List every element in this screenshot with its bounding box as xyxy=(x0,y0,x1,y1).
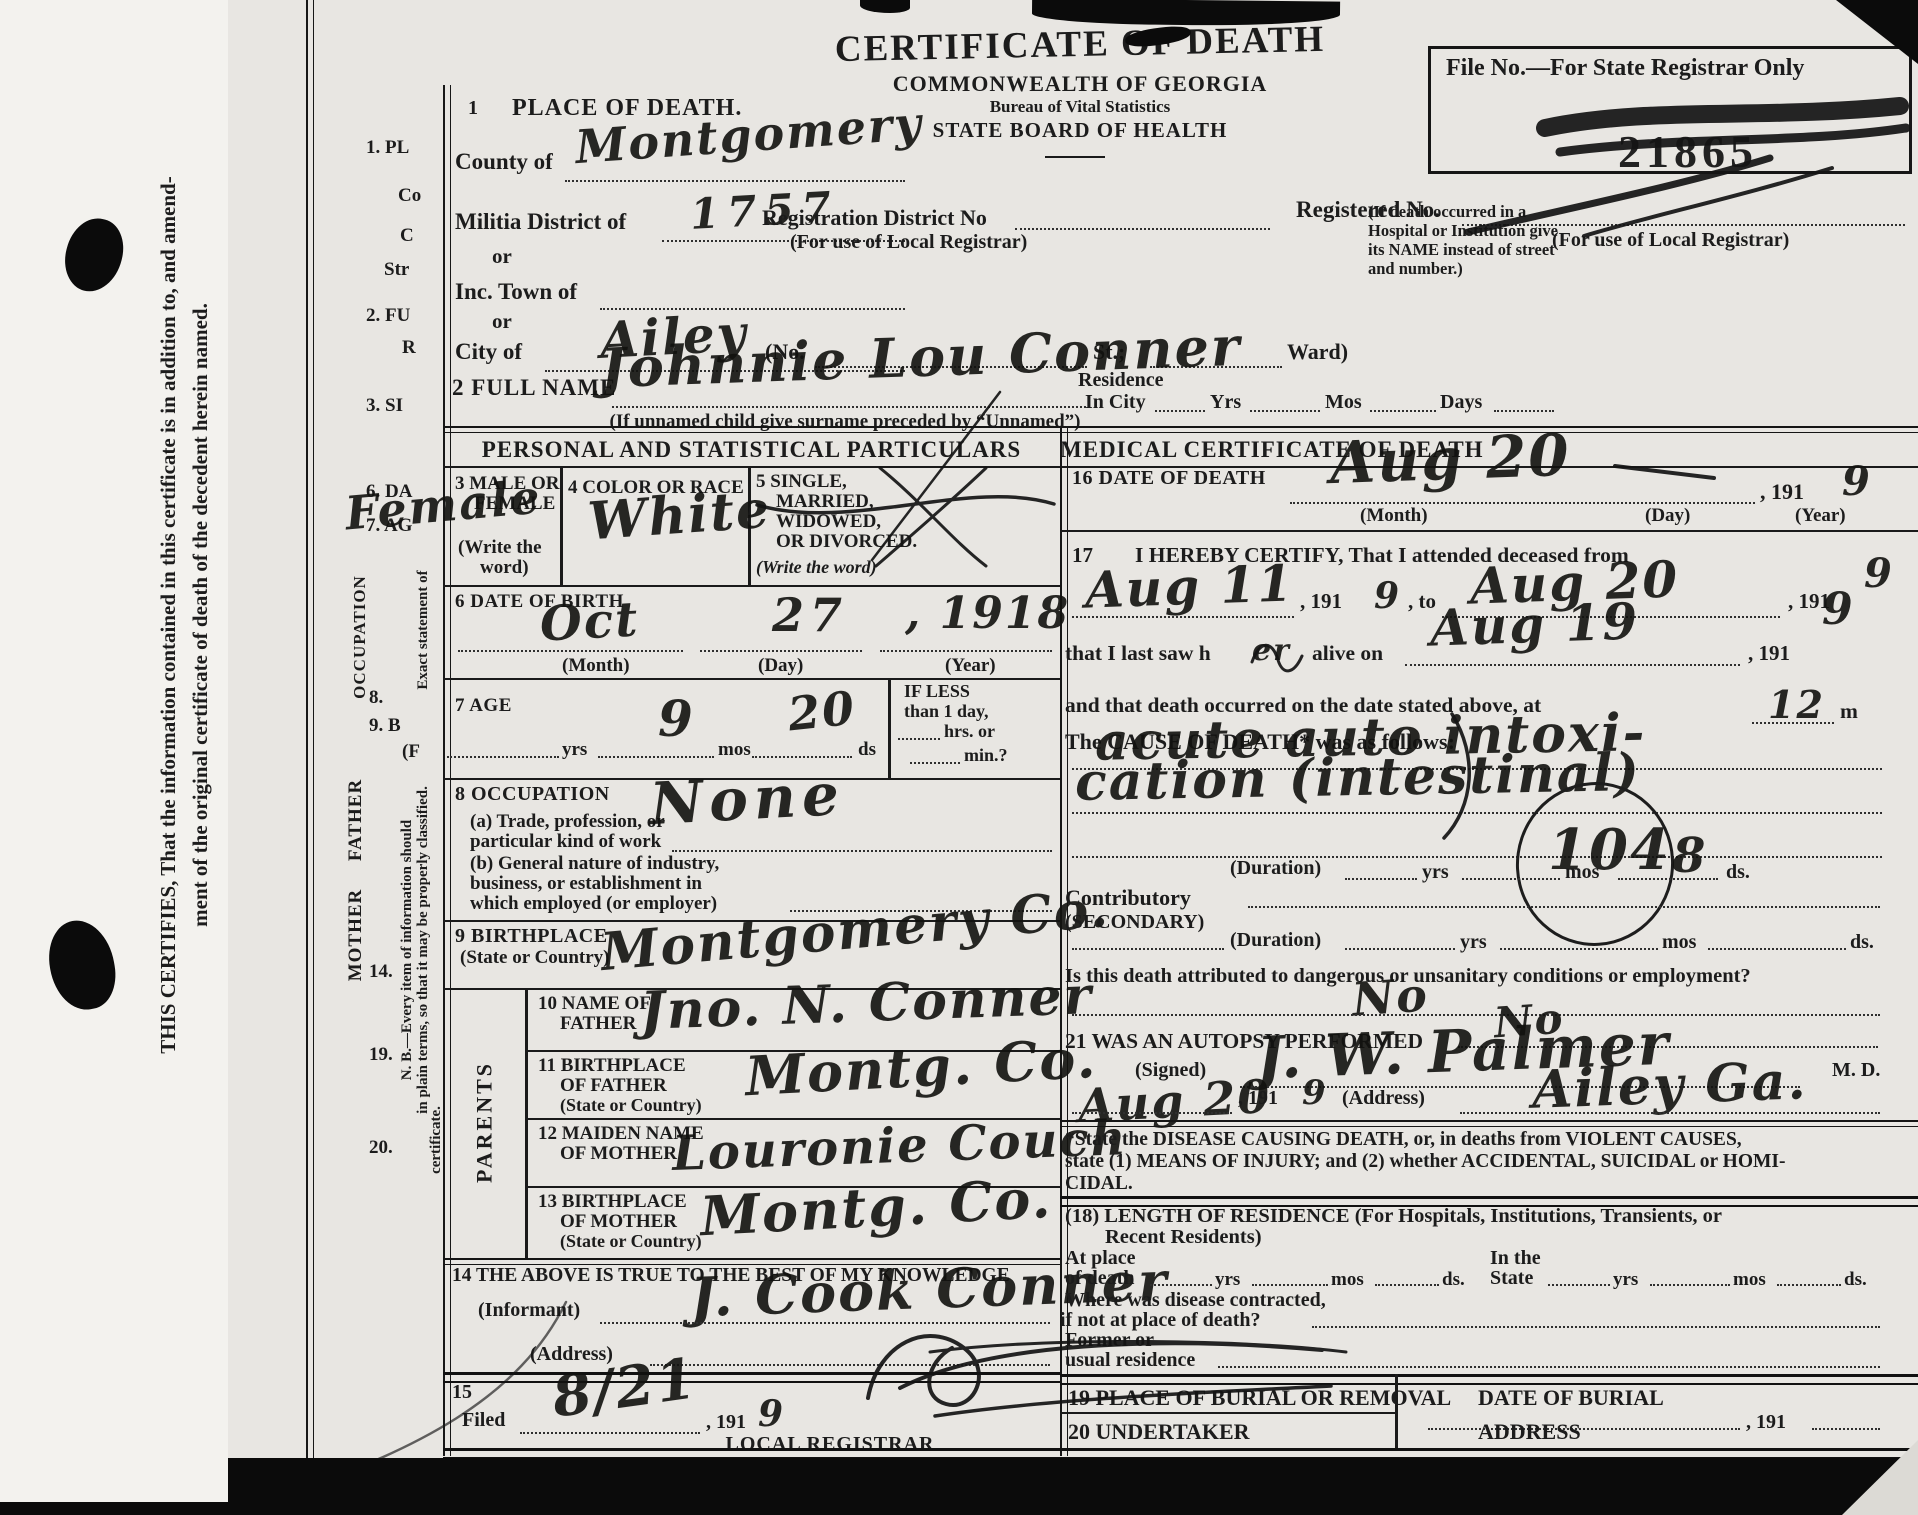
peek-label: 14. xyxy=(369,962,393,982)
residence-line-1 xyxy=(1155,410,1205,412)
medical-rule-4 xyxy=(1060,1374,1918,1385)
informant-caption: (Informant) xyxy=(478,1300,580,1321)
peek-label: 9. B xyxy=(369,716,401,736)
county-label: County of xyxy=(455,150,553,174)
residence18-line-c xyxy=(1375,1284,1439,1286)
residence-line-4 xyxy=(1494,410,1554,412)
certify-her: er xyxy=(1252,636,1291,666)
peek-mother-label: MOTHER xyxy=(346,889,366,982)
registration-district-note: (For use of Local Registrar) xyxy=(790,232,1027,253)
certify-last-date: Aug 19 xyxy=(1429,596,1640,653)
certify-last-year-digit: 9 xyxy=(1822,588,1855,632)
peek-label: 3. SI xyxy=(366,396,403,416)
signed-date-line xyxy=(1072,1112,1232,1114)
filed-label: Filed xyxy=(462,1410,505,1431)
burial-label: 19 PLACE OF BURIAL OR REMOVAL xyxy=(1068,1386,1451,1409)
certify-last-line xyxy=(1405,664,1740,666)
cause-yrs-line xyxy=(1462,878,1560,880)
residence18-where-line xyxy=(1312,1326,1880,1328)
certify-from-line xyxy=(1072,616,1294,618)
sex-race-divider xyxy=(560,468,563,585)
peek-father-label: FATHER xyxy=(346,779,366,861)
age-mos-line xyxy=(598,756,714,758)
father-bp-label-1: 11 BIRTHPLACE xyxy=(538,1056,686,1076)
dob-month-caption: (Month) xyxy=(562,656,630,676)
militia-label: Militia District of xyxy=(455,210,626,234)
cause-mos-label: mos xyxy=(1565,862,1599,883)
dob-month-value: Oct xyxy=(539,595,641,648)
contributory-secondary-label: (SECONDARY) xyxy=(1065,912,1204,933)
age-ds-label: ds xyxy=(858,740,876,760)
residence18-atplace-2: of death xyxy=(1065,1268,1134,1289)
peek-label: Str xyxy=(384,260,409,280)
filed-year-prefix: , 191 xyxy=(706,1412,746,1433)
residence-label: Residence xyxy=(1078,370,1164,391)
father-bp-value: Montg. Co. xyxy=(744,1031,1099,1103)
residence18-where-1: Where was disease contracted, xyxy=(1065,1290,1326,1311)
certify-from-year-prefix: , 191 xyxy=(1300,590,1342,612)
mother-bp-label-1: 13 BIRTHPLACE xyxy=(538,1192,687,1212)
cause-duration-line xyxy=(1345,878,1417,880)
county-line xyxy=(565,180,905,182)
or-label-1: or xyxy=(492,245,512,267)
residence18-former-line xyxy=(1218,1366,1880,1368)
occupation-a1: (a) Trade, profession, or xyxy=(470,812,665,832)
filed-date-line xyxy=(520,1432,700,1434)
age-ds-line xyxy=(752,756,852,758)
occupation-a2: particular kind of work xyxy=(470,832,661,852)
burial-date-line-2 xyxy=(1812,1428,1880,1430)
dod-year-prefix: , 191 xyxy=(1760,480,1804,503)
residence-line-3 xyxy=(1370,410,1436,412)
informant-address-line xyxy=(650,1364,1050,1366)
residence18-line-b xyxy=(1252,1284,1328,1286)
residence18-where-2: if not at place of death? xyxy=(1060,1310,1261,1331)
dob-day-caption: (Day) xyxy=(758,656,803,676)
undertaker-address-label: ADDRESS xyxy=(1478,1420,1581,1443)
residence18-yrs-a: yrs xyxy=(1215,1270,1240,1290)
cause-yrs-label: yrs xyxy=(1422,862,1449,883)
sex-note-2: word) xyxy=(480,558,529,578)
inc-town-label: Inc. Town of xyxy=(455,280,577,304)
dod-day-caption: (Day) xyxy=(1645,506,1690,526)
registrar-stamp-number: 21865 xyxy=(1618,128,1758,176)
registration-district-label: Registration District No xyxy=(762,206,987,229)
parents-side-label: PARENTS xyxy=(472,1061,495,1183)
undertaker-rule xyxy=(1060,1412,1395,1414)
dob-day-value: 27 xyxy=(772,592,848,638)
undertaker-label: 20 UNDERTAKER xyxy=(1068,1420,1250,1443)
age-ifless-2: than 1 day, xyxy=(904,702,989,721)
margin-note-exact: Exact statement of xyxy=(416,570,432,689)
age-min-line xyxy=(910,762,960,764)
residence18-ds-a: ds. xyxy=(1442,1270,1465,1290)
residence-yrs-label: Yrs xyxy=(1210,392,1241,413)
contributory-mos-line xyxy=(1708,948,1846,950)
ward-label: Ward) xyxy=(1287,340,1348,363)
contributory-line xyxy=(1248,906,1880,908)
death-certificate-scan: THIS CERTIFIES, That the information con… xyxy=(0,0,1918,1515)
personal-section-title: PERSONAL AND STATISTICAL PARTICULARS xyxy=(443,438,1060,462)
medical-rule-1 xyxy=(1060,530,1918,532)
margin-certifies-line2: ment of the original certificate of deat… xyxy=(189,303,211,927)
city-label: City of xyxy=(455,340,522,364)
certify-m-label: m xyxy=(1840,700,1858,723)
contributory-duration-caption: (Duration) xyxy=(1230,930,1321,951)
marital-label-1: 5 SINGLE, xyxy=(756,472,847,492)
address-caption: (Address) xyxy=(1342,1088,1425,1109)
peek-label: 19. xyxy=(369,1045,393,1065)
filed-year-digit: 9 xyxy=(758,1396,785,1432)
age-mos-value: 9 xyxy=(658,694,695,744)
age-ifless-4: min.? xyxy=(964,746,1008,765)
cause-ds-label: ds. xyxy=(1726,862,1750,883)
registration-district-line xyxy=(1015,228,1270,230)
dob-day-line xyxy=(700,650,862,652)
contributory-yrs-label: yrs xyxy=(1460,932,1487,953)
age-yrs-label: yrs xyxy=(562,740,587,760)
hospital-note: (If death occurred in a Hospital or Inst… xyxy=(1368,203,1560,279)
footnote-line-1: *State the DISEASE CAUSING DEATH, or, in… xyxy=(1065,1130,1742,1150)
certify-line-2a: that I last saw h xyxy=(1065,642,1211,665)
margin-note-nb1: N. B.—Every item of information should xyxy=(400,820,416,1080)
birthplace-label: 9 BIRTHPLACE xyxy=(455,926,608,947)
footnote-line-3: CIDAL. xyxy=(1065,1174,1133,1194)
residence18-mos-b: mos xyxy=(1733,1270,1766,1290)
form-left-border xyxy=(443,85,451,1456)
certify-to-year-digit: 9 xyxy=(1864,554,1894,594)
contributory-duration-line-0 xyxy=(1072,948,1224,950)
title-dash xyxy=(1045,156,1105,158)
dob-year-caption: (Year) xyxy=(945,656,996,676)
informant-bottom-rule xyxy=(443,1372,1060,1383)
residence18-ds-b: ds. xyxy=(1844,1270,1867,1290)
cause-duration-caption: (Duration) xyxy=(1230,858,1321,879)
peek-label: 2. FU xyxy=(366,306,410,326)
peek-label: 8. xyxy=(369,688,383,708)
file-number-box-label: File No.—For State Registrar Only xyxy=(1446,56,1804,81)
signed-year-digit: 9 xyxy=(1302,1076,1328,1110)
mother-bp-label-2: OF MOTHER xyxy=(560,1212,677,1232)
age-ifless-1: IF LESS xyxy=(904,682,970,701)
margin-note-nb2: in plain terms, so that it may be proper… xyxy=(416,786,432,1114)
section-top-rule xyxy=(443,426,1918,433)
peek-label: R xyxy=(402,338,416,358)
md-label: M. D. xyxy=(1832,1060,1880,1081)
cause-ds-line xyxy=(1618,878,1718,880)
place-section-number: 1 xyxy=(468,98,478,119)
commonwealth-subtitle: COMMONWEALTH OF GEORGIA xyxy=(770,72,1390,95)
registered-no-note: (For use of Local Registrar) xyxy=(1552,230,1789,251)
physician-address: Ailey Ga. xyxy=(1531,1055,1808,1117)
certify-last-year-prefix: , 191 xyxy=(1748,642,1790,664)
dod-year-caption: (Year) xyxy=(1795,506,1846,526)
residence18-inthe-2: State xyxy=(1490,1268,1533,1289)
informant-line xyxy=(600,1322,1050,1324)
dod-label: 16 DATE OF DEATH xyxy=(1072,468,1266,489)
contributory-mos-label: mos xyxy=(1662,932,1696,953)
or-label-2: or xyxy=(492,310,512,332)
peek-label: Co xyxy=(398,186,421,206)
marital-label-4: OR DIVORCED. xyxy=(776,532,917,552)
occupation-b1: (b) General nature of industry, xyxy=(470,854,719,874)
age-mos-label: mos xyxy=(718,740,751,760)
peek-label: C xyxy=(400,226,414,246)
dob-year-value: , 1918 xyxy=(905,592,1070,636)
marital-note: (Write the word) xyxy=(756,558,877,577)
marital-label-3: WIDOWED, xyxy=(776,512,881,532)
contributory-label: Contributory xyxy=(1065,886,1191,909)
residence-in-city-label: In City xyxy=(1085,392,1146,413)
bottom-scan-band xyxy=(228,1458,1918,1515)
contributory-ds-label: ds. xyxy=(1850,932,1874,953)
burial-date-year: , 191 xyxy=(1746,1412,1786,1433)
residence18-line-1: (18) LENGTH OF RESIDENCE (For Hospitals,… xyxy=(1065,1206,1722,1228)
occupation-a-line xyxy=(672,850,1052,852)
residence-days-label: Days xyxy=(1440,392,1482,413)
certify-from-date: Aug 11 xyxy=(1084,558,1295,615)
age-yrs-line xyxy=(447,756,559,758)
cause-ds-value: 8 xyxy=(1672,832,1707,880)
age-hrs-line xyxy=(898,738,940,740)
residence18-former-1: Former or xyxy=(1065,1330,1154,1351)
mother-name-label-2: OF MOTHER xyxy=(560,1144,677,1164)
race-value: White xyxy=(586,484,772,549)
cause-line-3 xyxy=(1072,856,1882,858)
bottom-left-scan-band xyxy=(0,1502,228,1515)
mother-bp-label-3: (State or Country) xyxy=(560,1232,702,1251)
age-ifless-divider xyxy=(888,678,891,778)
peek-occupation-label: OCCUPATION xyxy=(351,575,369,699)
row-rule-1 xyxy=(443,585,1060,587)
burial-date-line xyxy=(1428,1428,1740,1430)
age-label: 7 AGE xyxy=(455,696,512,716)
residence18-line-f xyxy=(1777,1284,1841,1286)
occupation-value: None xyxy=(649,765,847,833)
father-bp-label-2: OF FATHER xyxy=(560,1076,667,1096)
contributory-yrs-line xyxy=(1500,948,1658,950)
occupation-label: 8 OCCUPATION xyxy=(455,784,610,805)
father-bp-label-3: (State or Country) xyxy=(560,1096,702,1115)
parents-inner-divider xyxy=(525,988,528,1258)
margin-certifies-line1: THIS CERTIFIES, That the information con… xyxy=(157,176,179,1053)
certify-line-2c: alive on xyxy=(1312,642,1383,665)
age-ds-value: 20 xyxy=(786,685,858,738)
medical-rule-2 xyxy=(1060,1120,1918,1127)
peek-label: 20. xyxy=(369,1138,393,1158)
residence18-inthe-1: In the xyxy=(1490,1248,1541,1269)
residence18-former-2: usual residence xyxy=(1065,1350,1195,1371)
row-rule-2 xyxy=(443,678,1060,680)
dob-month-line xyxy=(458,650,683,652)
signed-year-prefix: , 191 xyxy=(1238,1088,1278,1109)
cause-line-2 xyxy=(1072,812,1882,814)
residence-mos-label: Mos xyxy=(1325,392,1362,413)
occupation-b2: business, or establishment in xyxy=(470,874,702,894)
mother-bp-value: Montg. Co. xyxy=(699,1171,1054,1243)
dod-value: Aug 20 xyxy=(1329,426,1572,492)
peek-label: 1. PL xyxy=(366,138,409,158)
filed-section-number: 15 xyxy=(452,1382,472,1403)
dod-month-caption: (Month) xyxy=(1360,506,1428,526)
dod-line xyxy=(1290,502,1755,504)
burial-date-label: DATE OF BURIAL xyxy=(1478,1386,1664,1409)
occupation-b3: which employed (or employer) xyxy=(470,894,717,914)
address-line xyxy=(1460,1112,1880,1114)
full-name-label: 2 FULL NAME xyxy=(452,376,616,400)
age-ifless-3: hrs. or xyxy=(944,722,995,741)
certify-hour-value: 12 xyxy=(1768,686,1825,724)
residence18-line-d xyxy=(1548,1284,1610,1286)
residence18-line-a xyxy=(1150,1284,1212,1286)
residence18-mos-a: mos xyxy=(1331,1270,1364,1290)
residence18-line-2: Recent Residents) xyxy=(1105,1227,1262,1249)
father-name-label-2: FATHER xyxy=(560,1014,636,1034)
full-name-line xyxy=(612,406,1090,408)
sheet-edge-line xyxy=(306,0,314,1458)
dod-year-digit: 9 xyxy=(1842,462,1872,502)
peek-label: (F xyxy=(402,742,420,762)
residence18-line-e xyxy=(1650,1284,1730,1286)
footnote-line-2: state (1) MEANS OF INJURY; and (2) wheth… xyxy=(1065,1152,1785,1172)
father-name-label-1: 10 NAME OF xyxy=(538,994,651,1014)
residence18-atplace-1: At place xyxy=(1065,1248,1136,1269)
birthplace-caption: (State or Country) xyxy=(460,948,610,968)
certify-from-year-digit: 9 xyxy=(1374,578,1401,614)
contributory-duration-line-1 xyxy=(1345,948,1455,950)
residence-line-2 xyxy=(1250,410,1320,412)
sex-note-1: (Write the xyxy=(458,538,542,558)
marital-label-2: MARRIED, xyxy=(776,492,874,512)
dob-year-line xyxy=(880,650,1052,652)
father-name-value: Jno. N. Conner xyxy=(639,970,1094,1038)
residence18-yrs-b: yrs xyxy=(1613,1270,1638,1290)
